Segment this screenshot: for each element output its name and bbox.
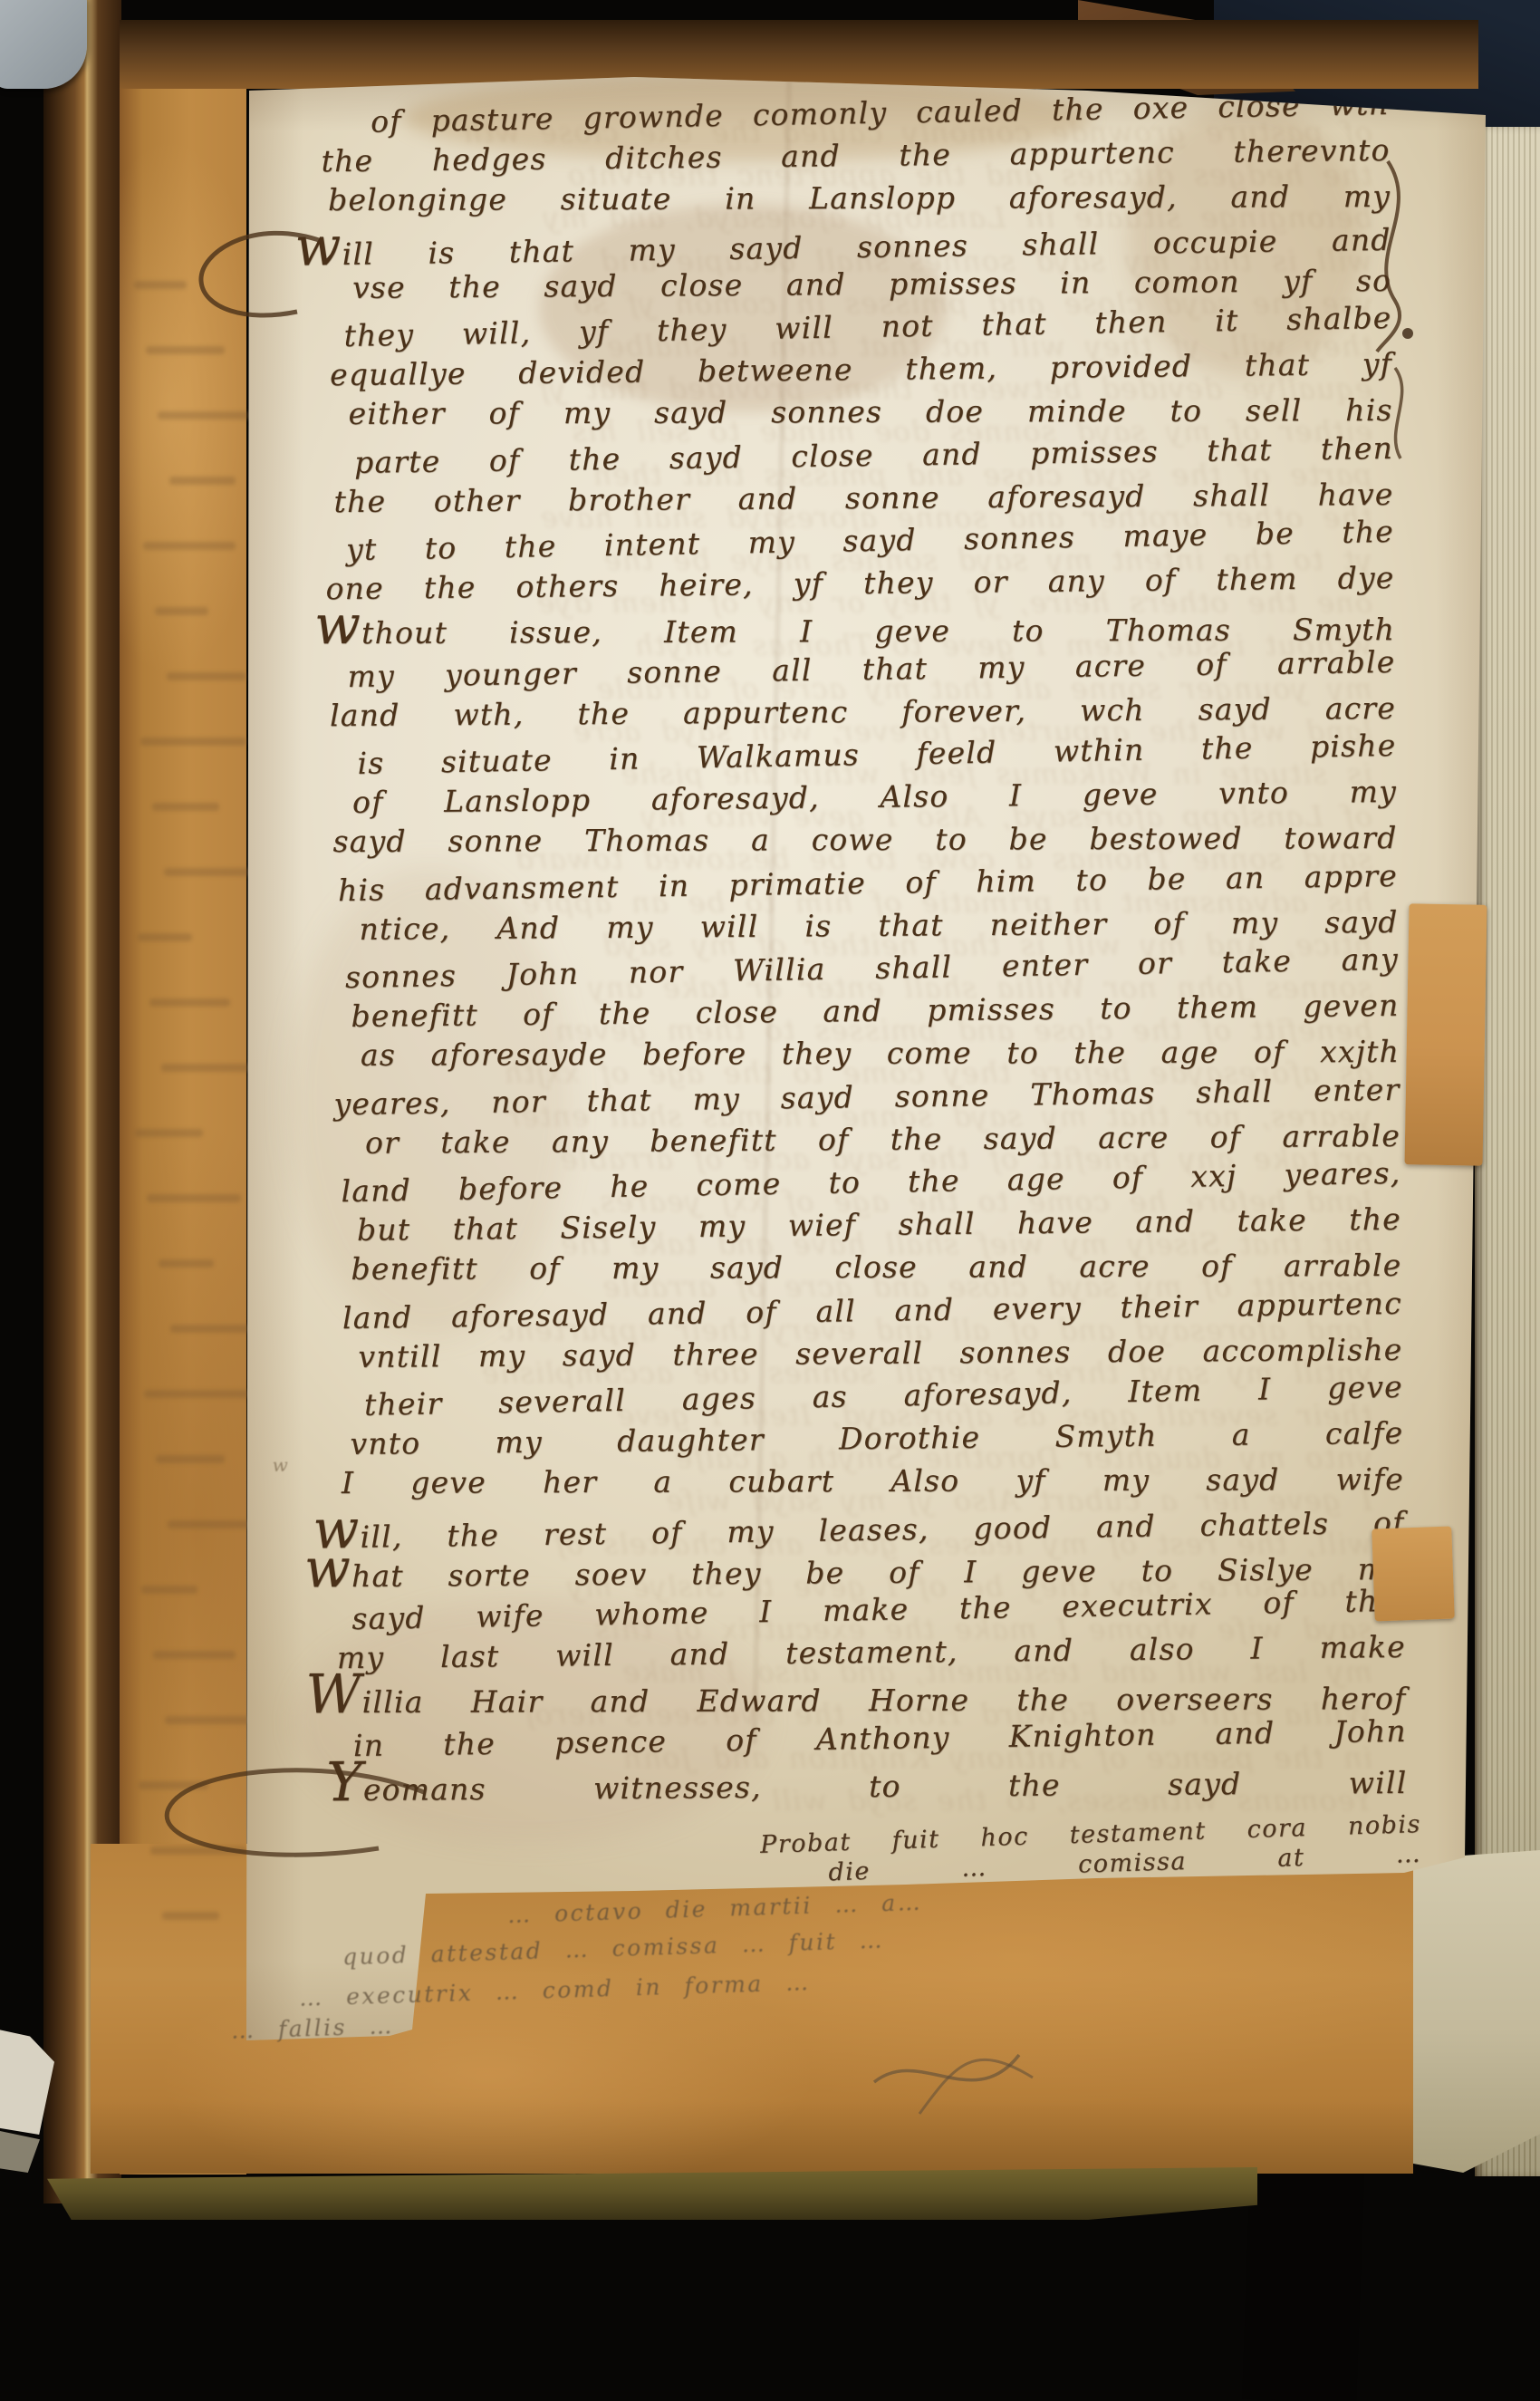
gray-corner-tab [0, 0, 87, 89]
repair-tape-patch-small [1372, 1526, 1455, 1621]
cover-annotation-line: … fallis … [231, 2012, 395, 2044]
manuscript-photograph: of pasture grownde comonly cauled the ox… [0, 0, 1540, 2401]
cover-annotations: … octavo die martii … a…quod attestad … … [0, 0, 1540, 2401]
repair-tape-patch [1404, 903, 1487, 1165]
cover-annotation-line: … executrix … comd in forma … [299, 1969, 811, 2011]
cover-annotation-line: quod attestad … comissa … fuit … [342, 1927, 885, 1971]
annotation-flourish [865, 2028, 1046, 2127]
cover-annotation-line: … octavo die martii … a… [507, 1889, 923, 1928]
